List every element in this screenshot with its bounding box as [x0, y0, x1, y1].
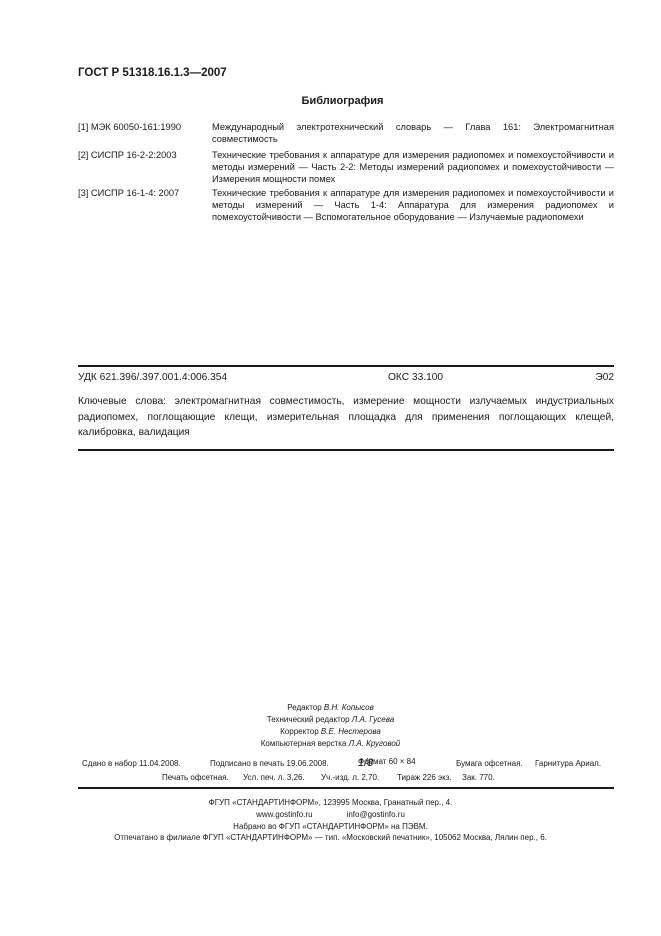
- reference-item: [2] СИСПР 16-2-2:2003 Технические требов…: [78, 149, 614, 186]
- credit-layout: Компьютерная верстка Л.А. Круговой: [0, 738, 661, 750]
- reference-text: Международный электротехнический словарь…: [212, 121, 614, 145]
- credit-proofreader: Корректор В.Е. Нестерова: [0, 726, 661, 738]
- order-number: Зак. 770.: [462, 773, 495, 782]
- reference-number: [2] СИСПР 16-2-2:2003: [78, 149, 208, 161]
- reference-item: [3] СИСПР 16-1-4: 2007 Технические требо…: [78, 187, 614, 224]
- paper-type: Бумага офсетная.: [456, 759, 523, 768]
- signed-date: Подписано в печать 19.06.2008.: [210, 759, 329, 768]
- credits-block: Редактор В.Н. Копысов Технический редакт…: [0, 702, 661, 750]
- printed-info: Отпечатано в филиале ФГУП «СТАНДАРТИНФОР…: [0, 832, 661, 844]
- circulation: Тираж 226 экз.: [397, 773, 452, 782]
- divider-line: [78, 365, 614, 367]
- oks-code: ОКС 33.100: [388, 372, 443, 383]
- divider-line: [78, 787, 614, 789]
- publishing-sheets: Уч.-изд. л. 2,70.: [321, 773, 379, 782]
- keywords-paragraph: Ключевые слова: электромагнитная совмест…: [78, 394, 614, 441]
- reference-text: Технические требования к аппаратуре для …: [212, 187, 614, 224]
- publisher-address: ФГУП «СТАНДАРТИНФОРМ», 123995 Москва, Гр…: [0, 797, 661, 809]
- print-sheets: Усл. печ. л. 3,26.: [243, 773, 305, 782]
- submitted-date: Сдано в набор 11.04.2008.: [82, 759, 181, 768]
- reference-number: [1] МЭК 60050-161:1990: [78, 121, 208, 133]
- imprint-block: ФГУП «СТАНДАРТИНФОРМ», 123995 Москва, Гр…: [0, 797, 661, 844]
- credit-tech-editor: Технический редактор Л.А. Гусева: [0, 714, 661, 726]
- email-link[interactable]: info@gostinfo.ru: [347, 810, 405, 819]
- typeface: Гарнитура Ариал.: [535, 759, 601, 768]
- typeset-info: Набрано во ФГУП «СТАНДАРТИНФОРМ» на ПЭВМ…: [0, 821, 661, 833]
- website-link[interactable]: www.gostinfo.ru: [256, 810, 312, 819]
- udk-code: УДК 621.396/.397.001.4:006.354: [78, 372, 227, 383]
- reference-item: [1] МЭК 60050-161:1990 Международный эле…: [78, 121, 614, 146]
- reference-number: [3] СИСПР 16-1-4: 2007: [78, 187, 208, 199]
- reference-text: Технические требования к аппаратуре для …: [212, 149, 614, 186]
- format-fraction: 1/8: [358, 757, 373, 769]
- document-code: ГОСТ Р 51318.16.1.3—2007: [78, 67, 227, 79]
- print-type: Печать офсетная.: [162, 773, 229, 782]
- group-code: Э02: [595, 372, 614, 383]
- credit-editor: Редактор В.Н. Копысов: [0, 702, 661, 714]
- bibliography-title: Библиография: [0, 95, 661, 107]
- contact-line: www.gostinfo.ruinfo@gostinfo.ru: [0, 809, 661, 821]
- divider-line: [78, 449, 614, 451]
